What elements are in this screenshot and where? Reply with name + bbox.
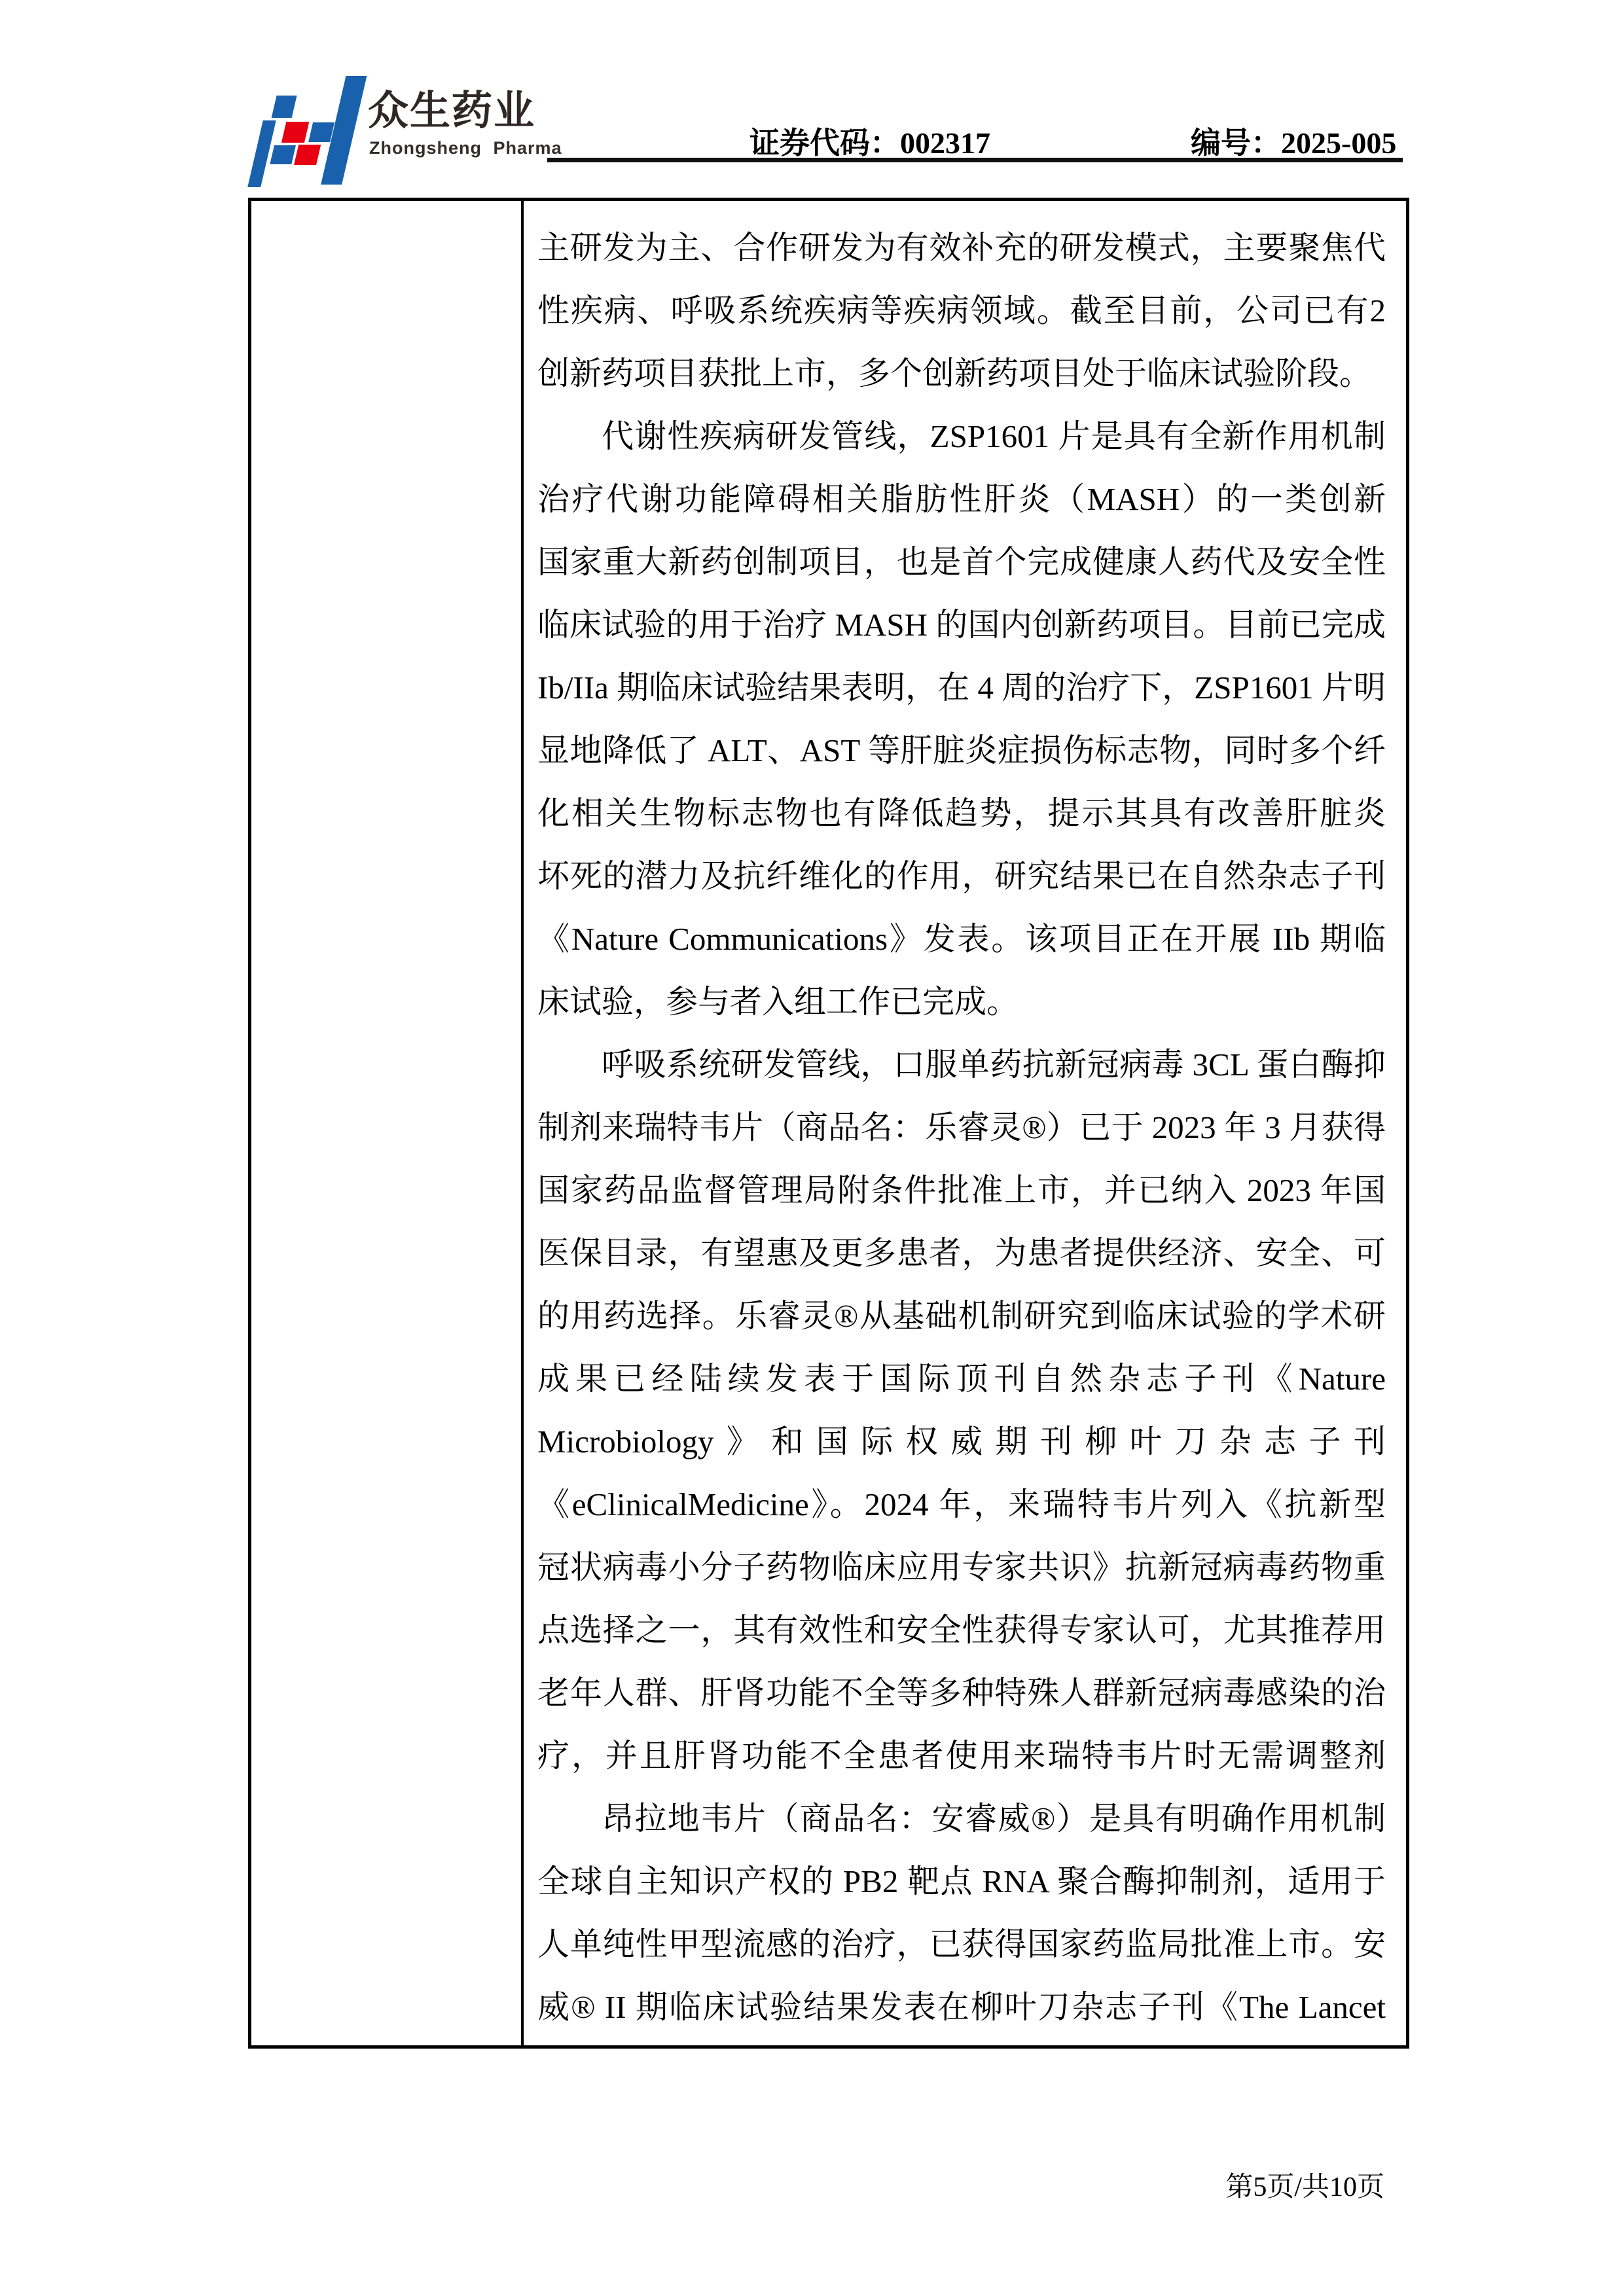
text-line: 治疗代谢功能障碍相关脂肪性肝炎（MASH）的一类创新药，为	[537, 468, 1386, 531]
text-line: 制剂来瑞特韦片（商品名：乐睿灵®）已于 2023 年 3 月获得	[537, 1096, 1386, 1159]
header-divider-rule	[547, 158, 1403, 162]
text-line: 威® II 期临床试验结果发表在柳叶刀杂志子刊《The Lancet	[537, 1976, 1386, 2039]
document-number: 编号：2025-005	[1191, 119, 1396, 162]
logo-shape-red-square-2	[294, 145, 321, 165]
text-line: 的用药选择。乐睿灵®从基础机制研究到临床试验的学术研究	[537, 1285, 1386, 1348]
text-line: 人单纯性甲型流感的治疗，已获得国家药监局批准上市。安睿	[537, 1913, 1386, 1976]
company-logo: 众生药业 Zhongsheng Pharma	[245, 75, 553, 187]
text-line: 床试验，参与者入组工作已完成。	[537, 971, 1386, 1033]
text-line: 点选择之一，其有效性和安全性获得专家认可，尤其推荐用于	[537, 1599, 1386, 1662]
text-line: 性疾病、呼吸系统疾病等疾病领域。截至目前，公司已有2个	[537, 279, 1386, 342]
text-line: 化相关生物标志物也有降低趋势，提示其具有改善肝脏炎症、	[537, 782, 1386, 845]
text-line: Ib/IIa 期临床试验结果表明，在 4 周的治疗下，ZSP1601 片明	[537, 656, 1386, 719]
text-line: 呼吸系统研发管线，口服单药抗新冠病毒 3CL 蛋白酶抑	[537, 1033, 1386, 1096]
text-line: 主研发为主、合作研发为有效补充的研发模式，主要聚焦代谢	[537, 217, 1386, 279]
text-line: 冠状病毒小分子药物临床应用专家共识》抗新冠病毒药物重	[537, 1536, 1386, 1599]
text-line: 昂拉地韦片（商品名：安睿威®）是具有明确作用机制和	[537, 1787, 1386, 1850]
text-line: 坏死的潜力及抗纤维化的作用，研究结果已在自然杂志子刊	[537, 845, 1386, 908]
logo-shape-blue-square-top	[272, 96, 297, 118]
logo-shape-blue-square-bottom	[270, 145, 296, 164]
text-line: 显地降低了 ALT、AST 等肝脏炎症损伤标志物，同时多个纤维	[537, 719, 1386, 782]
text-line: Microbiology》和国际权威期刊柳叶刀杂志子刊	[537, 1410, 1386, 1473]
logo-shape-red-square-1	[281, 122, 309, 143]
text-line: 国家药品监督管理局附条件批准上市，并已纳入 2023 年国家	[537, 1159, 1386, 1222]
table-left-cell	[251, 201, 521, 2045]
announcement-table: 主研发为主、合作研发为有效补充的研发模式，主要聚焦代谢性疾病、呼吸系统疾病等疾病…	[248, 198, 1409, 2049]
text-line: 《Nature Communications》发表。该项目正在开展 IIb 期临	[537, 908, 1386, 971]
text-line: 成果已经陆续发表于国际顶刊自然杂志子刊《Nature	[537, 1348, 1386, 1410]
text-line: 全球自主知识产权的 PB2 靶点 RNA 聚合酶抑制剂，适用于成	[537, 1850, 1386, 1913]
text-line: 《eClinicalMedicine》。2024 年，来瑞特韦片列入《抗新型	[537, 1473, 1386, 1536]
page-number: 第5页/共10页	[1142, 2165, 1384, 2204]
text-line: 代谢性疾病研发管线，ZSP1601 片是具有全新作用机制的	[537, 405, 1386, 468]
table-column-divider	[521, 201, 524, 2045]
company-logo-icon	[220, 77, 371, 187]
document-page: { "header": { "logo": { "name_cn": "众生药业…	[0, 0, 1624, 2296]
text-line: 临床试验的用于治疗 MASH 的国内创新药项目。目前已完成的	[537, 594, 1386, 656]
text-line: 老年人群、肝肾功能不全等多种特殊人群新冠病毒感染的治	[537, 1662, 1386, 1725]
stock-code: 证券代码：002317	[749, 119, 990, 162]
company-name-en: Zhongsheng Pharma	[369, 138, 562, 158]
text-line: 医保目录，有望惠及更多患者，为患者提供经济、安全、可及	[537, 1222, 1386, 1285]
company-name-cn: 众生药业	[368, 90, 535, 133]
text-line: 疗，并且肝肾功能不全患者使用来瑞特韦片时无需调整剂量。	[537, 1725, 1386, 1787]
announcement-lines: 主研发为主、合作研发为有效补充的研发模式，主要聚焦代谢性疾病、呼吸系统疾病等疾病…	[537, 217, 1386, 2039]
text-line: 创新药项目获批上市，多个创新药项目处于临床试验阶段。	[537, 342, 1386, 405]
text-line: 国家重大新药创制项目，也是首个完成健康人药代及安全性	[537, 531, 1386, 594]
